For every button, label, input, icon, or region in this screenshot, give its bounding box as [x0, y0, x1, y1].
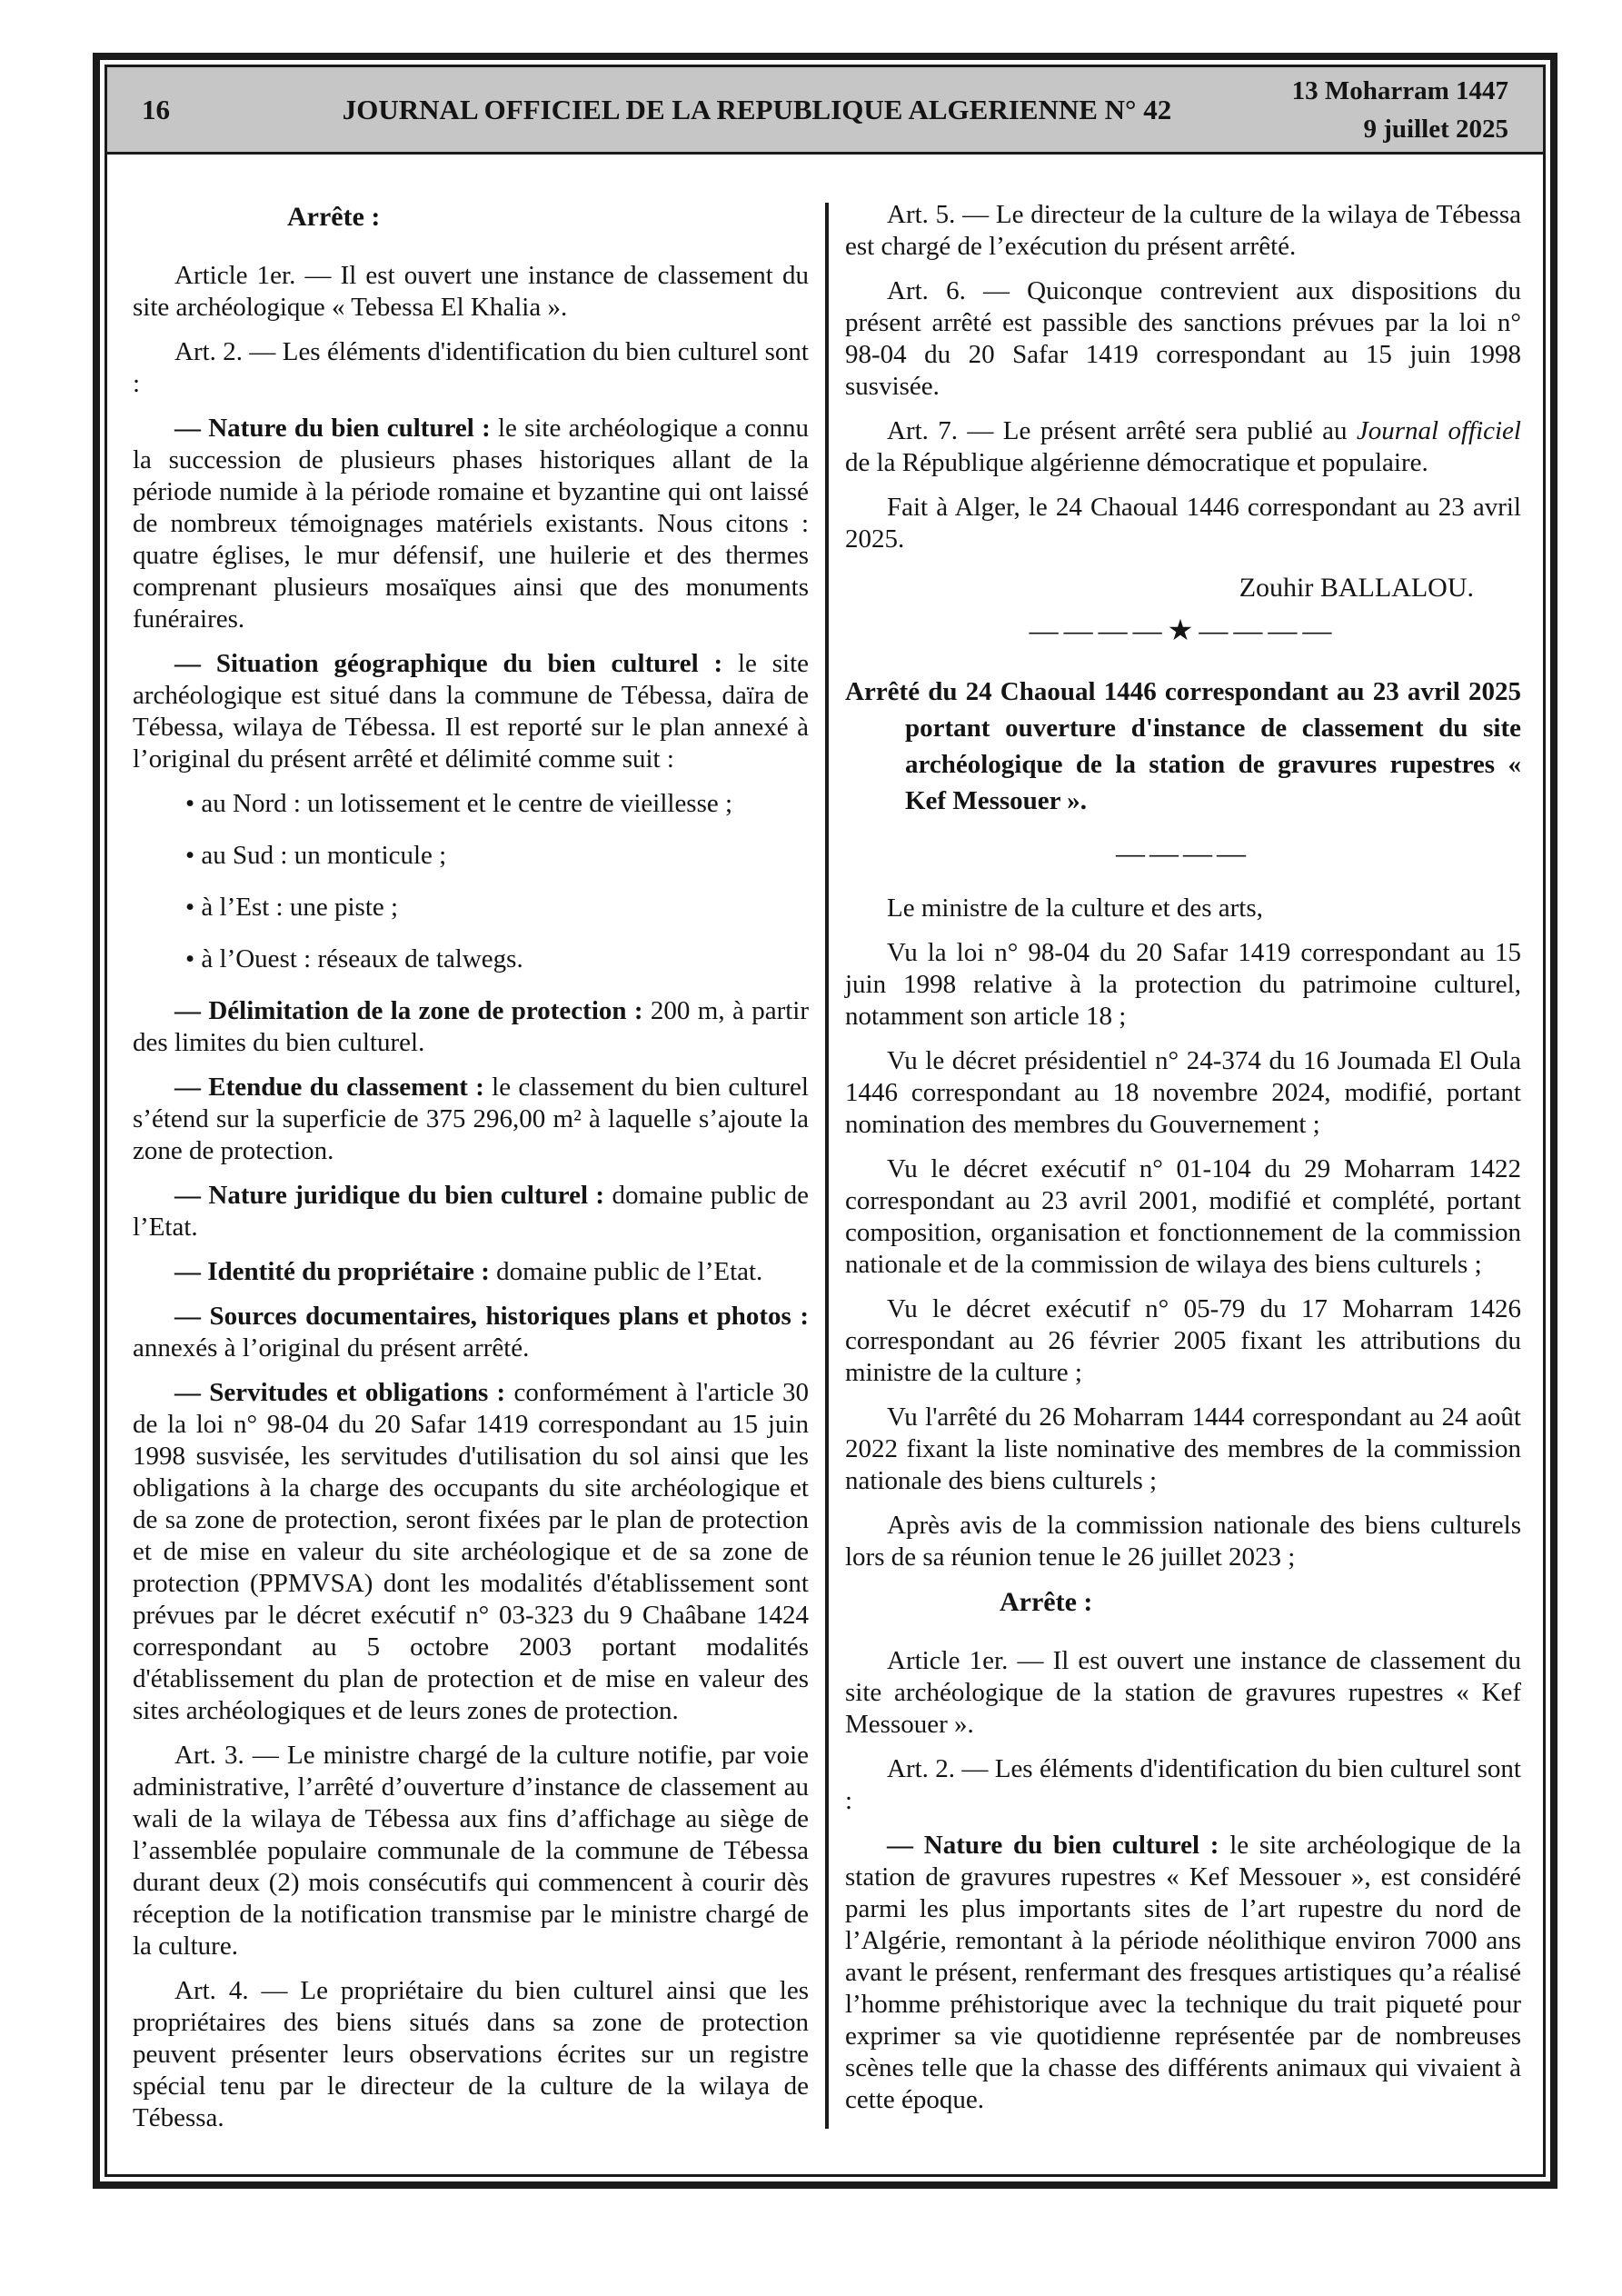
paragraph-identite: — Identité du propriétaire : domaine pub…: [133, 1256, 809, 1288]
paragraph-vu-decret-presidentiel: Vu le décret présidentiel n° 24-374 du 1…: [845, 1045, 1521, 1141]
paragraph-lead: — Nature du bien culturel :: [174, 414, 491, 443]
paragraph-vu-arrete-2022: Vu l'arrêté du 26 Moharram 1444 correspo…: [845, 1402, 1521, 1497]
paragraph-lead: — Situation géographique du bien culture…: [174, 649, 722, 678]
paragraph-text: Art. 7. — Le présent arrêté sera publié …: [887, 416, 1357, 445]
paragraph-article-6: Art. 6. — Quiconque contrevient aux disp…: [845, 275, 1521, 403]
journal-page-frame: 16 JOURNAL OFFICIEL DE LA REPUBLIQUE ALG…: [93, 53, 1557, 2189]
issue-dates: 13 Moharram 1447 9 juillet 2025: [1263, 72, 1508, 148]
paragraph-nature-bien: — Nature du bien culturel : le site arch…: [845, 1830, 1521, 2116]
paragraph-article-3: Art. 3. — Le ministre chargé de la cultu…: [133, 1740, 809, 1962]
paragraph-article-5: Art. 5. — Le directeur de la culture de …: [845, 199, 1521, 263]
paragraph-article-2: Art. 2. — Les éléments d'identification …: [133, 336, 809, 400]
paragraph-article-4: Art. 4. — Le propriétaire du bien cultur…: [133, 1975, 809, 2134]
column-divider: [825, 203, 829, 2129]
dash-separator: ————: [845, 837, 1521, 869]
page-number: 16: [142, 94, 251, 126]
paragraph-sources: — Sources documentaires, historiques pla…: [133, 1301, 809, 1364]
paragraph-nature-bien: — Nature du bien culturel : le site arch…: [133, 413, 809, 635]
paragraph-text: le site archéologique de la station de g…: [845, 1831, 1521, 2114]
left-column: Arrête : Article 1er. — Il est ouvert un…: [133, 199, 809, 2160]
paragraph-vu-decret-executif-05-79: Vu le décret exécutif n° 05-79 du 17 Moh…: [845, 1293, 1521, 1389]
date-gregorian: 9 juillet 2025: [1263, 110, 1508, 148]
bullet-item-sud: • au Sud : un monticule ;: [133, 840, 809, 872]
arrete-label: Arrête :: [287, 201, 809, 233]
paragraph-vu-decret-executif-01-104: Vu le décret exécutif n° 01-104 du 29 Mo…: [845, 1153, 1521, 1281]
paragraph-etendue: — Etendue du classement : le classement …: [133, 1072, 809, 1167]
decree-heading: Arrêté du 24 Chaoual 1446 correspondant …: [845, 674, 1521, 819]
journal-title: JOURNAL OFFICIEL DE LA REPUBLIQUE ALGERI…: [251, 94, 1263, 126]
paragraph-text: conformément à l'article 30 de la loi n°…: [133, 1378, 809, 1725]
paragraph-article-2: Art. 2. — Les éléments d'identification …: [845, 1753, 1521, 1817]
star-separator: ————★————: [845, 614, 1521, 646]
arrete-label: Arrête :: [1000, 1586, 1521, 1618]
page-header: 16 JOURNAL OFFICIEL DE LA REPUBLIQUE ALG…: [107, 67, 1543, 155]
journal-officiel-italic: Journal officiel: [1357, 416, 1521, 445]
paragraph-text: domaine public de l’Etat.: [490, 1257, 762, 1286]
paragraph-article-1: Article 1er. — Il est ouvert une instanc…: [133, 260, 809, 324]
bullet-item-est: • à l’Est : une piste ;: [133, 892, 809, 923]
paragraph-text: annexés à l’original du présent arrêté.: [133, 1333, 529, 1363]
page-content: Arrête : Article 1er. — Il est ouvert un…: [107, 157, 1543, 2174]
paragraph-lead: — Servitudes et obligations :: [174, 1378, 505, 1407]
paragraph-lead: — Sources documentaires, historiques pla…: [174, 1302, 809, 1331]
page-inner-border: 16 JOURNAL OFFICIEL DE LA REPUBLIQUE ALG…: [104, 65, 1546, 2177]
right-column: Art. 5. — Le directeur de la culture de …: [845, 199, 1521, 2160]
paragraph-text: le site archéologique a connu la success…: [133, 414, 809, 634]
paragraph-lead: — Nature juridique du bien culturel :: [174, 1181, 604, 1210]
paragraph-apres-avis: Après avis de la commission nationale de…: [845, 1510, 1521, 1573]
paragraph-ministre: Le ministre de la culture et des arts,: [845, 893, 1521, 924]
paragraph-lead: — Etendue du classement :: [174, 1073, 484, 1102]
signature: Zouhir BALLALOU.: [845, 572, 1521, 604]
paragraph-situation: — Situation géographique du bien culture…: [133, 648, 809, 775]
paragraph-delimitation: — Délimitation de la zone de protection …: [133, 995, 809, 1059]
paragraph-lead: — Identité du propriétaire :: [174, 1257, 490, 1286]
paragraph-fait-a-alger: Fait à Alger, le 24 Chaoual 1446 corresp…: [845, 492, 1521, 555]
paragraph-lead: — Nature du bien culturel :: [887, 1831, 1219, 1860]
paragraph-nature-juridique: — Nature juridique du bien culturel : do…: [133, 1180, 809, 1243]
paragraph-lead: — Délimitation de la zone de protection …: [174, 996, 643, 1025]
paragraph-article-1: Article 1er. — Il est ouvert une instanc…: [845, 1645, 1521, 1741]
bullet-item-ouest: • à l’Ouest : réseaux de talwegs.: [133, 943, 809, 975]
paragraph-article-7: Art. 7. — Le présent arrêté sera publié …: [845, 415, 1521, 479]
date-hijri: 13 Moharram 1447: [1263, 72, 1508, 110]
bullet-item-nord: • au Nord : un lotissement et le centre …: [133, 788, 809, 820]
paragraph-servitudes: — Servitudes et obligations : conforméme…: [133, 1377, 809, 1727]
paragraph-vu-loi: Vu la loi n° 98-04 du 20 Safar 1419 corr…: [845, 937, 1521, 1033]
paragraph-text: de la République algérienne démocratique…: [845, 448, 1428, 477]
